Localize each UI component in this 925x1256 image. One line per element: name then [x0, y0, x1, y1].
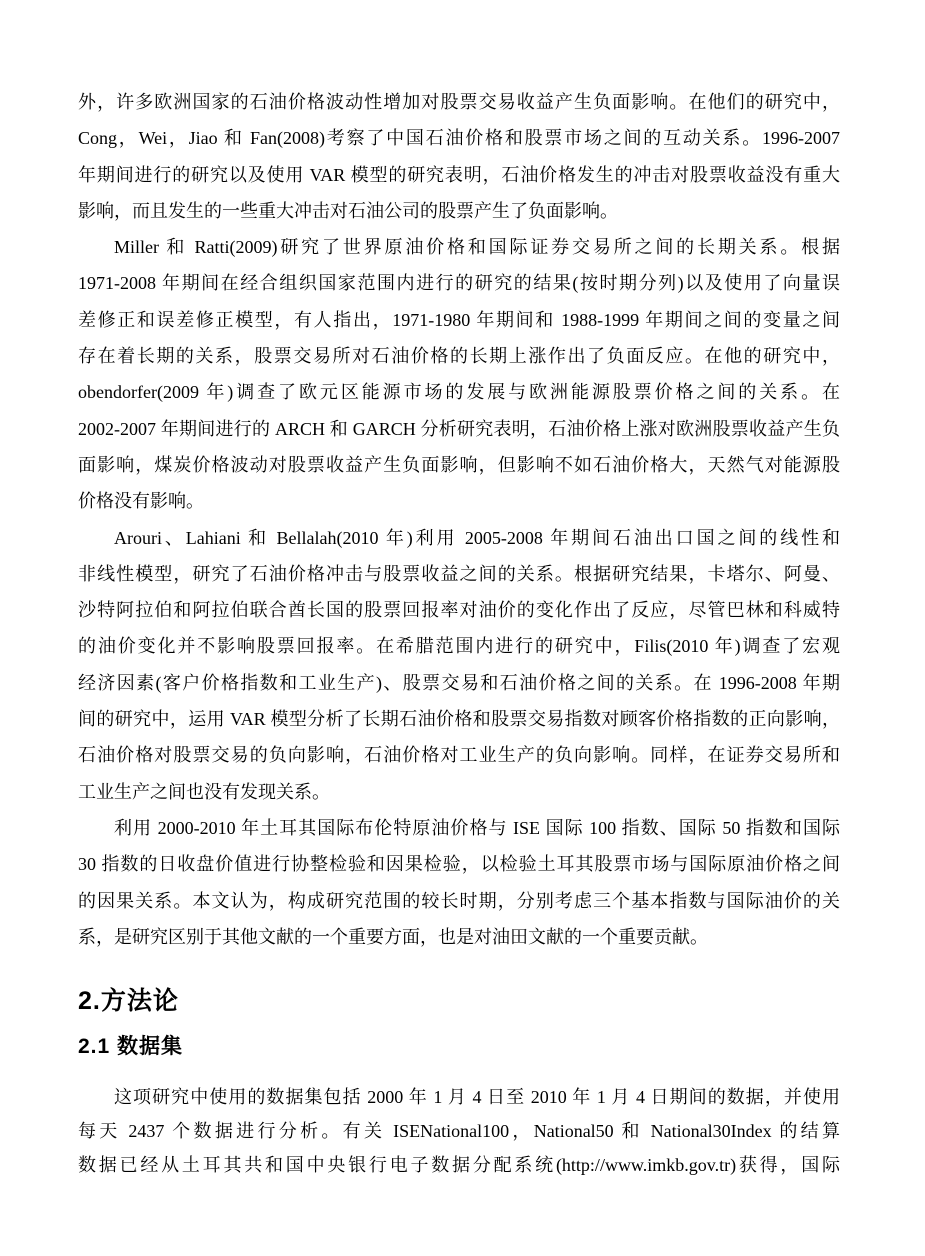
text-line: 这项研究中使用的数据集包括 2000 年 1 月 4 日至 2010 年 1 月…: [78, 1080, 840, 1114]
text-line: 外，许多欧洲国家的石油价格波动性增加对股票交易收益产生负面影响。在他们的研究中，: [78, 84, 840, 120]
text-line: Miller 和 Ratti(2009)研究了世界原油价格和国际证券交易所之间的…: [78, 229, 840, 265]
text-line: 每天 2437 个数据进行分析。有关 ISENational100，Nation…: [78, 1114, 840, 1148]
text-line: Arouri、Lahiani 和 Bellalah(2010 年)利用 2005…: [78, 520, 840, 556]
text-line: 数据已经从土耳其共和国中央银行电子数据分配系统(http://www.imkb.…: [78, 1148, 840, 1182]
text-line: 面影响，煤炭价格波动对股票收益产生负面影响，但影响不如石油价格大，天然气对能源股: [78, 447, 840, 483]
section-heading: 2.方法论: [78, 985, 840, 1017]
text-line: 石油价格对股票交易的负向影响，石油价格对工业生产的负向影响。同样，在证券交易所和: [78, 737, 840, 773]
text-line: 2002-2007 年期间进行的 ARCH 和 GARCH 分析研究表明，石油价…: [78, 411, 840, 447]
text-line: 沙特阿拉伯和阿拉伯联合酋长国的股票回报率对油价的变化作出了反应，尽管巴林和科威特: [78, 592, 840, 628]
text-line: 经济因素(客户价格指数和工业生产)、股票交易和石油价格之间的关系。在 1996-…: [78, 665, 840, 701]
text-line: 利用 2000-2010 年土耳其国际布伦特原油价格与 ISE 国际 100 指…: [78, 810, 840, 846]
text-line: 工业生产之间也没有发现关系。: [78, 774, 840, 810]
text-line: 的因果关系。本文认为，构成研究范围的较长时期，分别考虑三个基本指数与国际油价的关: [78, 883, 840, 919]
text-line: 1971-2008 年期间在经合组织国家范围内进行的研究的结果(按时期分列)以及…: [78, 265, 840, 301]
text-line: 影响，而且发生的一些重大冲击对石油公司的股票产生了负面影响。: [78, 193, 840, 229]
literature-review-paragraphs: 外，许多欧洲国家的石油价格波动性增加对股票交易收益产生负面影响。在他们的研究中，…: [78, 84, 840, 955]
text-line: 差修正和误差修正模型，有人指出，1971-1980 年期间和 1988-1999…: [78, 302, 840, 338]
text-line: 非线性模型，研究了石油价格冲击与股票收益之间的关系。根据研究结果，卡塔尔、阿曼、: [78, 556, 840, 592]
document-page: 外，许多欧洲国家的石油价格波动性增加对股票交易收益产生负面影响。在他们的研究中，…: [0, 0, 925, 1256]
text-line: 系，是研究区别于其他文献的一个重要方面，也是对油田文献的一个重要贡献。: [78, 919, 840, 955]
text-line: 年期间进行的研究以及使用 VAR 模型的研究表明，石油价格发生的冲击对股票收益没…: [78, 157, 840, 193]
text-line: obendorfer(2009 年)调查了欧元区能源市场的发展与欧洲能源股票价格…: [78, 374, 840, 410]
text-line: 存在着长期的关系，股票交易所对石油价格的长期上涨作出了负面反应。在他的研究中，: [78, 338, 840, 374]
text-line: 的油价变化并不影响股票回报率。在希腊范围内进行的研究中，Filis(2010 年…: [78, 628, 840, 664]
document-text: 外，许多欧洲国家的石油价格波动性增加对股票交易收益产生负面影响。在他们的研究中，…: [78, 84, 840, 1182]
subsection-heading: 2.1 数据集: [78, 1034, 840, 1060]
text-line: 30 指数的日收盘价值进行协整检验和因果检验，以检验土耳其股票市场与国际原油价格…: [78, 846, 840, 882]
text-line: 价格没有影响。: [78, 483, 840, 519]
dataset-paragraphs: 这项研究中使用的数据集包括 2000 年 1 月 4 日至 2010 年 1 月…: [78, 1080, 840, 1182]
text-line: Cong，Wei，Jiao 和 Fan(2008)考察了中国石油价格和股票市场之…: [78, 120, 840, 156]
text-line: 间的研究中，运用 VAR 模型分析了长期石油价格和股票交易指数对顾客价格指数的正…: [78, 701, 840, 737]
